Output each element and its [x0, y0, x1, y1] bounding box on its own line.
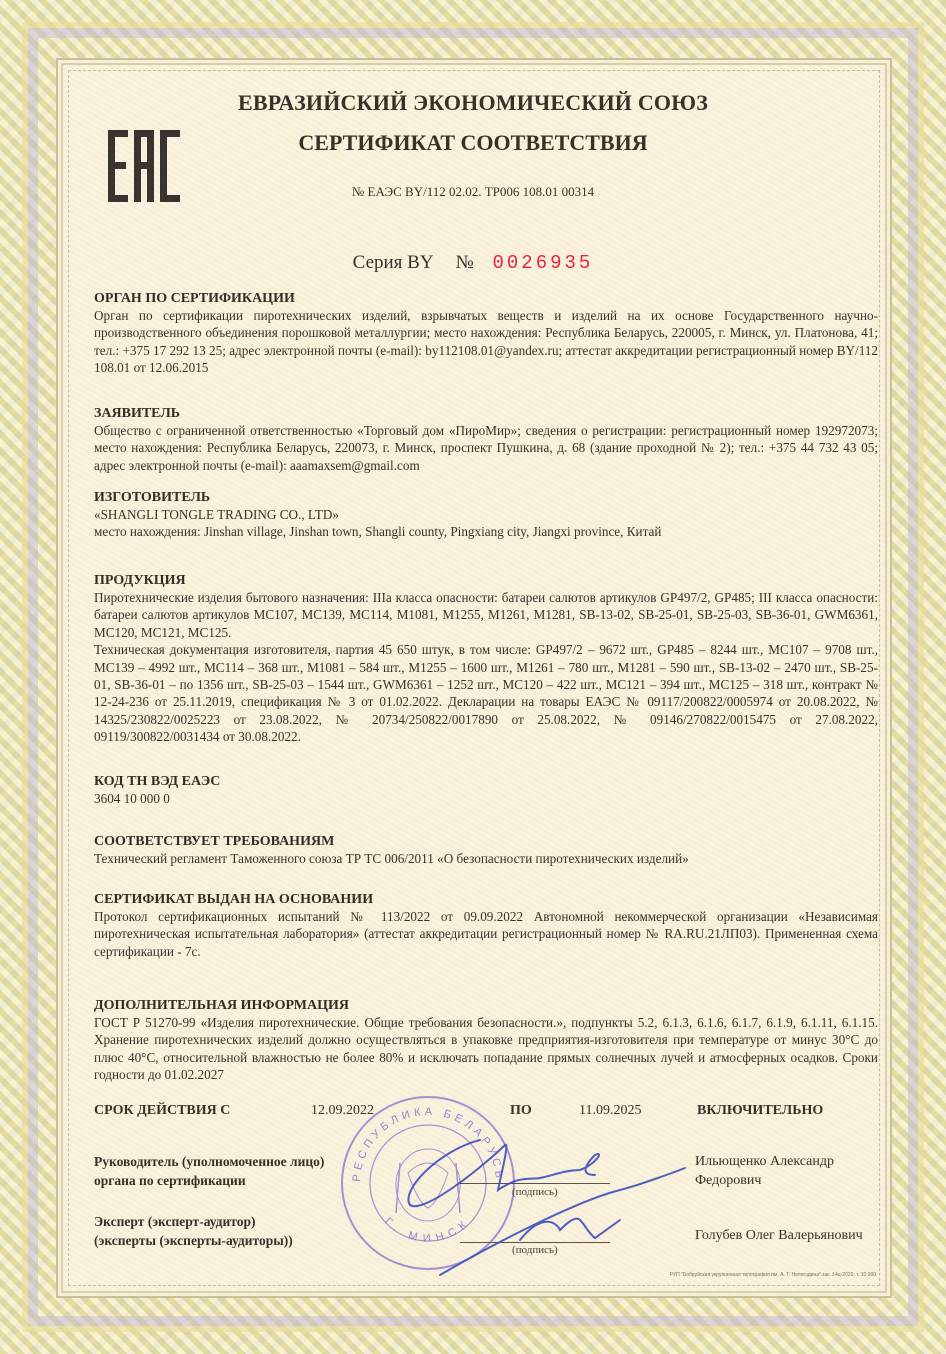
head-name: Ильющенко Александр Федорович — [695, 1152, 834, 1190]
section-certification-body: ОРГАН ПО СЕРТИФИКАЦИИ Орган по сертифика… — [94, 290, 878, 377]
certificate-title: СЕРТИФИКАТ СООТВЕТСТВИЯ — [0, 130, 946, 156]
section-additional-info: ДОПОЛНИТЕЛЬНАЯ ИНФОРМАЦИЯ ГОСТ Р 51270-9… — [94, 997, 878, 1084]
section-heading: СООТВЕТСТВУЕТ ТРЕБОВАНИЯМ — [94, 833, 878, 850]
manufacturer-name: «SHANGLI TONGLE TRADING CO., LTD» — [94, 506, 878, 523]
product-documentation: Техническая документация изготовителя, п… — [94, 641, 878, 745]
series-label: Серия BY — [353, 252, 433, 273]
registration-number: № ЕАЭС BY/112 02.02. ТР006 108.01 00314 — [0, 184, 946, 200]
handwritten-signatures — [380, 1120, 700, 1280]
section-issued-on-basis: СЕРТИФИКАТ ВЫДАН НА ОСНОВАНИИ Протокол с… — [94, 891, 878, 960]
section-text: Технический регламент Таможенного союза … — [94, 850, 878, 867]
validity-to-date: 11.09.2025 — [579, 1103, 641, 1119]
number-sign: № — [456, 252, 474, 273]
expert-name: Голубев Олег Валерьянович — [695, 1226, 863, 1245]
section-product: ПРОДУКЦИЯ Пиротехнические изделия бытово… — [94, 572, 878, 746]
section-heading: ДОПОЛНИТЕЛЬНАЯ ИНФОРМАЦИЯ — [94, 997, 878, 1014]
section-text: Орган по сертификации пиротехнических из… — [94, 307, 878, 377]
section-tn-ved-code: КОД ТН ВЭД ЕАЭС 3604 10 000 0 — [94, 773, 878, 807]
section-heading: ЗАЯВИТЕЛЬ — [94, 405, 878, 422]
section-heading: СЕРТИФИКАТ ВЫДАН НА ОСНОВАНИИ — [94, 891, 878, 908]
section-heading: КОД ТН ВЭД ЕАЭС — [94, 773, 878, 790]
section-heading: ПРОДУКЦИЯ — [94, 572, 878, 589]
section-complies-with: СООТВЕТСТВУЕТ ТРЕБОВАНИЯМ Технический ре… — [94, 833, 878, 867]
manufacturer-address: место нахождения: Jinshan village, Jinsh… — [94, 523, 878, 540]
series-line: Серия BY № 0026935 — [0, 252, 946, 274]
section-heading: ОРГАН ПО СЕРТИФИКАЦИИ — [94, 290, 878, 307]
printer-note: РУП "Бобруйская укрупненная типография и… — [670, 1272, 876, 1278]
validity-from-label: СРОК ДЕЙСТВИЯ С — [94, 1103, 230, 1119]
section-text: 3604 10 000 0 — [94, 790, 878, 807]
series-number: 0026935 — [493, 252, 594, 274]
section-heading: ИЗГОТОВИТЕЛЬ — [94, 489, 878, 506]
section-text: ГОСТ Р 51270-99 «Изделия пиротехнические… — [94, 1014, 878, 1084]
validity-inclusive-label: ВКЛЮЧИТЕЛЬНО — [697, 1103, 823, 1119]
product-description: Пиротехнические изделия бытового назначе… — [94, 589, 878, 641]
section-applicant: ЗАЯВИТЕЛЬ Общество с ограниченной ответс… — [94, 405, 878, 474]
head-label: Руководитель (уполномоченное лицо) орган… — [94, 1152, 324, 1190]
section-text: Протокол сертификационных испытаний № 11… — [94, 908, 878, 960]
expert-label: Эксперт (эксперт-аудитор) (эксперты (экс… — [94, 1212, 293, 1250]
union-title: ЕВРАЗИЙСКИЙ ЭКОНОМИЧЕСКИЙ СОЮЗ — [0, 90, 946, 116]
section-manufacturer: ИЗГОТОВИТЕЛЬ «SHANGLI TONGLE TRADING CO.… — [94, 489, 878, 541]
section-text: Общество с ограниченной ответственностью… — [94, 422, 878, 474]
